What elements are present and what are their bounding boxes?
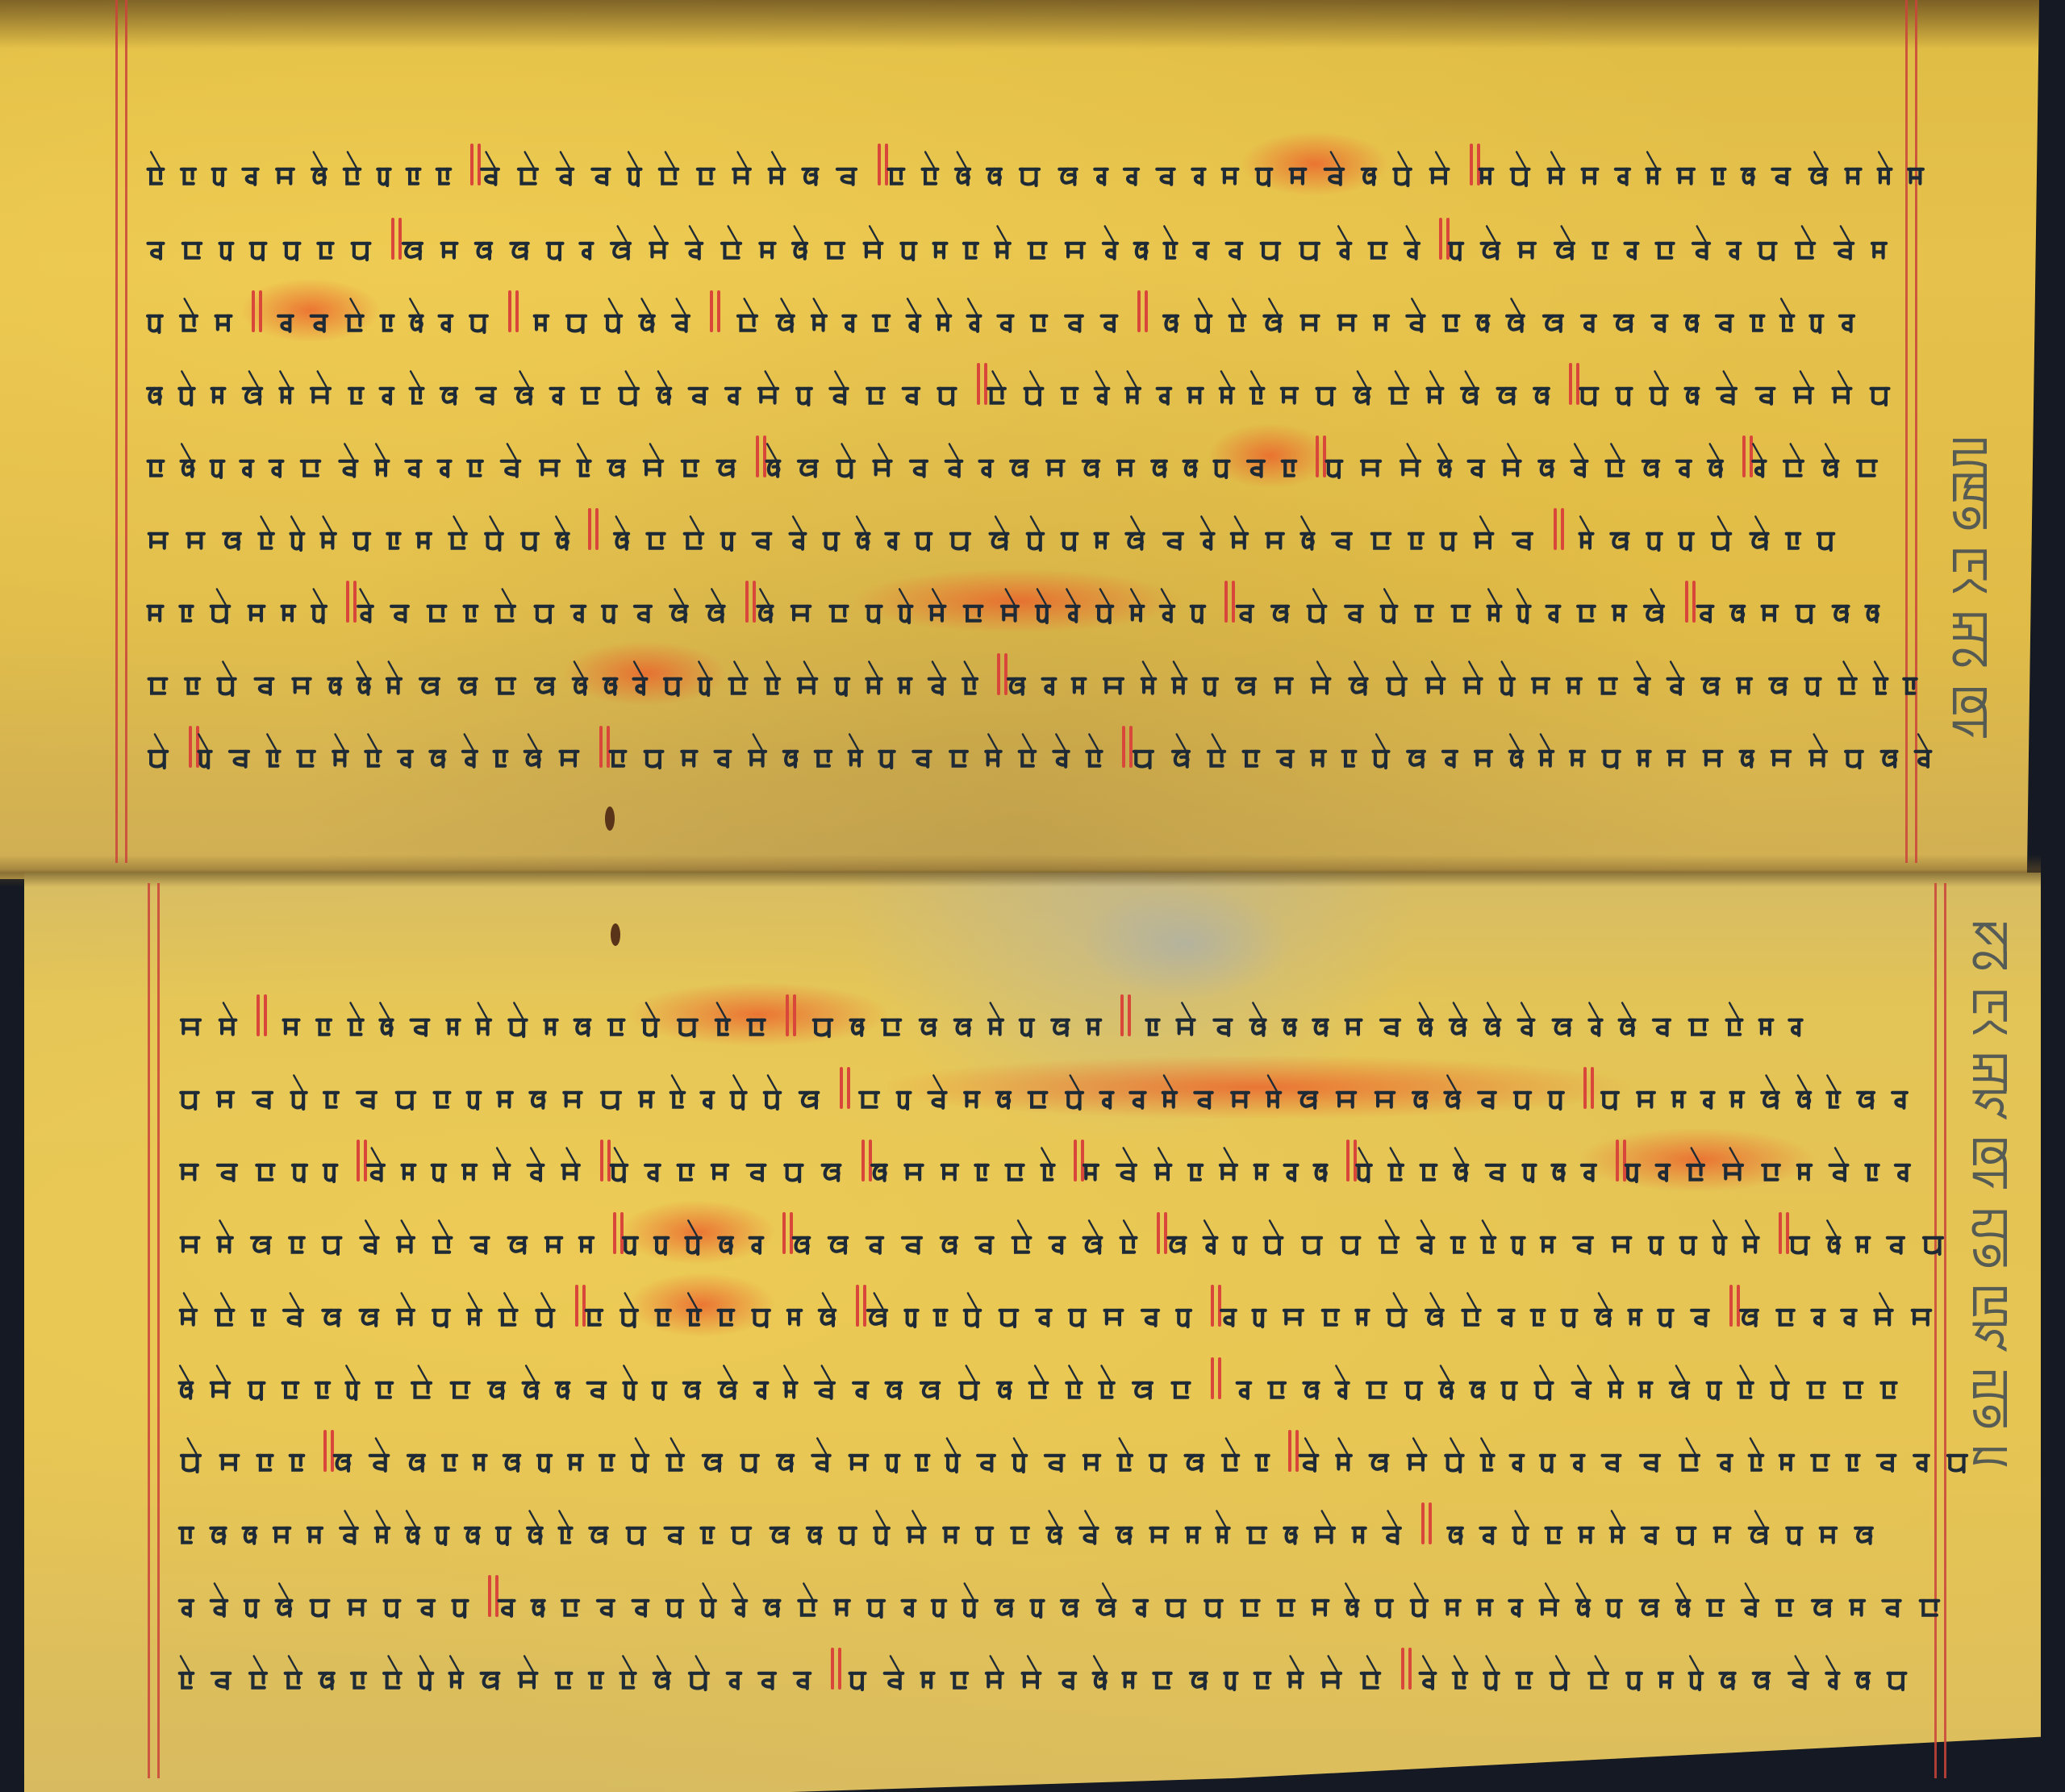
- manuscript-text-line: [173, 988, 1918, 1036]
- script-glyph: [1913, 1582, 1946, 1617]
- script-glyph: [1372, 1219, 1406, 1254]
- script-glyph: [1525, 660, 1556, 695]
- script-glyph: [175, 442, 200, 477]
- script-glyph: [1867, 1291, 1900, 1327]
- script-glyph: [491, 1073, 519, 1109]
- script-glyph: [992, 1291, 1025, 1327]
- script-glyph: [958, 1073, 986, 1109]
- script-glyph: [444, 1364, 477, 1399]
- script-glyph: [381, 660, 407, 695]
- script-glyph: [1369, 1582, 1400, 1617]
- script-glyph: [1165, 1364, 1197, 1399]
- script-glyph: [141, 587, 169, 623]
- manuscript-text-line: [173, 1061, 1918, 1109]
- script-glyph: [583, 1654, 609, 1690]
- script-glyph: [339, 297, 370, 332]
- script-glyph: [1354, 442, 1388, 477]
- script-glyph: [721, 1654, 747, 1690]
- script-glyph: [1494, 660, 1521, 695]
- script-glyph: [1833, 297, 1860, 332]
- script-glyph: [1780, 515, 1806, 550]
- script-glyph: [906, 732, 938, 768]
- script-glyph: [1565, 442, 1594, 477]
- script-glyph: [970, 1146, 994, 1181]
- script-glyph: [345, 1654, 372, 1690]
- script-glyph: [141, 297, 169, 332]
- script-glyph: [1745, 297, 1770, 332]
- script-glyph: [1667, 1073, 1691, 1109]
- script-glyph: [1020, 515, 1050, 550]
- script-glyph: [1747, 442, 1771, 477]
- script-glyph: [1025, 1582, 1049, 1617]
- script-glyph: [1701, 1364, 1727, 1399]
- script-glyph: [1632, 732, 1656, 768]
- script-glyph: [1679, 297, 1704, 332]
- script-glyph: [633, 297, 661, 332]
- double-danda-mark: [1740, 432, 1741, 477]
- script-glyph: [1387, 150, 1418, 185]
- script-glyph: [1095, 1073, 1119, 1109]
- script-glyph: [461, 442, 489, 477]
- script-glyph: [210, 1146, 244, 1181]
- script-glyph: [1733, 1291, 1765, 1327]
- script-glyph: [528, 587, 561, 623]
- script-glyph: [879, 1364, 908, 1399]
- script-glyph: [420, 587, 453, 623]
- script-glyph: [1135, 1291, 1166, 1327]
- script-glyph: [1735, 1582, 1765, 1617]
- script-glyph: [1250, 1436, 1274, 1472]
- script-glyph: [469, 369, 503, 405]
- script-glyph: [1686, 224, 1717, 260]
- script-glyph: [1619, 224, 1644, 260]
- script-glyph: [1783, 1001, 1808, 1036]
- script-glyph: [1128, 224, 1153, 260]
- script-glyph: [1259, 515, 1291, 550]
- script-glyph: [404, 369, 429, 405]
- script-glyph: [375, 297, 399, 332]
- margin-rule-left: [148, 883, 150, 1778]
- script-glyph: [562, 1436, 589, 1472]
- script-glyph: [649, 1291, 677, 1327]
- script-glyph: [647, 1364, 672, 1399]
- script-glyph: [1517, 1146, 1541, 1181]
- script-glyph: [1764, 1364, 1796, 1399]
- script-glyph: [246, 1291, 271, 1327]
- script-glyph: [1308, 1146, 1333, 1181]
- script-glyph: [1124, 587, 1149, 623]
- script-glyph: [446, 1582, 474, 1617]
- script-glyph: [369, 1509, 395, 1544]
- script-glyph: [1575, 297, 1602, 332]
- script-glyph: [860, 369, 891, 405]
- script-glyph: [1295, 1219, 1329, 1254]
- script-glyph: [1603, 1364, 1629, 1399]
- script-glyph: [1066, 660, 1091, 695]
- script-glyph: [770, 297, 801, 332]
- script-glyph: [1340, 1582, 1364, 1617]
- script-glyph: [999, 1146, 1031, 1181]
- script-glyph: [625, 1436, 655, 1472]
- script-glyph: [1629, 660, 1656, 695]
- script-glyph: [957, 224, 984, 260]
- script-glyph: [290, 732, 322, 768]
- script-glyph: [1276, 442, 1302, 477]
- script-glyph: [1803, 732, 1833, 768]
- script-glyph: [382, 515, 406, 550]
- script-glyph: [1007, 1436, 1032, 1472]
- script-glyph: [1621, 1654, 1648, 1690]
- manuscript-text-line: [141, 284, 1889, 332]
- script-glyph: [791, 369, 818, 405]
- script-glyph: [294, 442, 327, 477]
- script-glyph: [1109, 1146, 1144, 1181]
- script-glyph: [695, 1073, 720, 1109]
- script-glyph: [1789, 587, 1821, 623]
- script-glyph: [922, 660, 952, 695]
- script-glyph: [1224, 1073, 1256, 1109]
- script-glyph: [1474, 150, 1499, 185]
- script-glyph: [315, 1219, 348, 1254]
- script-glyph: [1339, 1001, 1368, 1036]
- script-glyph: [1438, 1436, 1471, 1472]
- script-glyph: [1053, 1654, 1083, 1690]
- script-glyph: [1257, 297, 1289, 332]
- script-glyph: [823, 587, 855, 623]
- script-glyph: [352, 587, 379, 623]
- script-glyph: [1223, 297, 1252, 332]
- script-glyph: [313, 1654, 340, 1690]
- double-danda-mark: [1419, 1499, 1435, 1544]
- script-glyph: [759, 660, 786, 695]
- script-glyph: [1490, 369, 1523, 405]
- script-glyph: [1005, 1219, 1038, 1254]
- margin-rule-right: [1934, 883, 1937, 1778]
- script-glyph: [384, 587, 415, 623]
- script-glyph: [1902, 150, 1929, 185]
- script-glyph: [1383, 1146, 1409, 1181]
- script-glyph: [1111, 442, 1141, 477]
- script-glyph: [1536, 297, 1571, 332]
- script-glyph: [1231, 1364, 1257, 1399]
- script-glyph: [1330, 1364, 1354, 1399]
- script-glyph: [763, 1509, 796, 1544]
- script-glyph: [877, 1654, 911, 1690]
- script-glyph: [1646, 297, 1674, 332]
- script-glyph: [574, 224, 599, 260]
- script-glyph: [244, 1219, 278, 1254]
- script-glyph: [1195, 515, 1220, 550]
- script-glyph: [1247, 1291, 1271, 1327]
- script-glyph: [1604, 1509, 1630, 1544]
- script-glyph: [390, 1219, 421, 1254]
- script-glyph: [1265, 587, 1295, 623]
- script-glyph: [1055, 515, 1084, 550]
- script-glyph: [712, 1219, 739, 1254]
- script-glyph: [1504, 150, 1537, 185]
- script-glyph: [1775, 297, 1800, 332]
- script-glyph: [1555, 1291, 1583, 1327]
- script-glyph: [1478, 1001, 1507, 1036]
- script-glyph: [1211, 1509, 1235, 1544]
- script-glyph: [1368, 1073, 1402, 1109]
- script-glyph: [1158, 224, 1183, 260]
- script-glyph: [216, 515, 248, 550]
- script-glyph: [937, 1509, 965, 1544]
- script-glyph: [1330, 1436, 1358, 1472]
- script-glyph: [1804, 1582, 1839, 1617]
- script-glyph: [1641, 150, 1666, 185]
- script-glyph: [1704, 515, 1738, 550]
- script-glyph: [806, 297, 832, 332]
- script-glyph: [1825, 369, 1858, 405]
- script-glyph: [401, 1436, 432, 1472]
- script-glyph: [1240, 1509, 1274, 1544]
- script-glyph: [730, 297, 765, 332]
- script-glyph: [1683, 1654, 1708, 1690]
- script-glyph: [342, 1001, 369, 1036]
- script-glyph: [786, 1219, 816, 1254]
- script-glyph: [244, 224, 273, 260]
- script-glyph: [677, 515, 711, 550]
- script-glyph: [464, 1219, 496, 1254]
- script-glyph: [579, 1291, 609, 1327]
- marginal-note-bottom: ꡛꡞ ꡇꡡ ꡒꡜ ꡔꡠ ꡍꡟ ꡖꡜ ꡌꡟ ꡊ: [1960, 919, 2024, 1469]
- script-glyph: [898, 1146, 930, 1181]
- script-glyph: [1445, 587, 1477, 623]
- script-glyph: [395, 224, 430, 260]
- script-glyph: [1641, 515, 1668, 550]
- script-glyph: [1022, 1364, 1055, 1399]
- script-glyph: [1089, 515, 1114, 550]
- margin-rule-right: [1905, 0, 1908, 863]
- script-glyph: [574, 369, 607, 405]
- script-glyph: [1725, 587, 1750, 623]
- double-danda-mark: [1135, 287, 1151, 332]
- script-glyph: [805, 1436, 837, 1472]
- script-glyph: [553, 1509, 578, 1544]
- script-glyph: [1412, 1001, 1438, 1036]
- script-glyph: [555, 1582, 586, 1617]
- script-glyph: [949, 150, 976, 185]
- script-glyph: [1308, 1509, 1342, 1544]
- script-glyph: [1354, 1654, 1387, 1690]
- script-glyph: [276, 587, 301, 623]
- script-glyph: [792, 1073, 826, 1109]
- script-glyph: [1376, 1509, 1408, 1544]
- script-glyph: [242, 587, 271, 623]
- script-glyph: [910, 1436, 935, 1472]
- script-glyph: [1599, 442, 1631, 477]
- script-glyph: [1776, 442, 1811, 477]
- script-glyph: [1713, 1654, 1742, 1690]
- script-glyph: [1277, 1001, 1302, 1036]
- script-glyph: [374, 369, 399, 405]
- script-glyph: [1110, 1509, 1138, 1544]
- double-danda-mark: [1683, 577, 1684, 623]
- script-glyph: [1400, 732, 1432, 768]
- script-glyph: [369, 1364, 399, 1399]
- script-glyph: [1860, 1146, 1884, 1181]
- script-glyph: [1004, 1509, 1036, 1544]
- script-glyph: [524, 1073, 552, 1109]
- script-glyph: [1362, 1436, 1395, 1472]
- script-glyph: [311, 1001, 337, 1036]
- script-glyph: [806, 1001, 840, 1036]
- script-glyph: [660, 1582, 690, 1617]
- script-glyph: [1230, 587, 1260, 623]
- script-glyph: [1393, 442, 1428, 477]
- margin-rule-left: [125, 0, 127, 863]
- script-glyph: [1300, 587, 1333, 623]
- script-glyph: [1076, 1219, 1109, 1254]
- script-glyph: [403, 1001, 436, 1036]
- script-glyph: [180, 515, 211, 550]
- script-glyph: [302, 1509, 328, 1544]
- script-glyph: [1870, 1436, 1903, 1472]
- script-glyph: [1848, 1509, 1879, 1544]
- double-danda-mark: [1581, 1064, 1589, 1109]
- script-glyph: [1438, 1073, 1466, 1109]
- script-glyph: [401, 150, 426, 185]
- script-glyph: [349, 1073, 384, 1109]
- script-glyph: [660, 1436, 690, 1472]
- script-glyph: [1439, 1582, 1466, 1617]
- script-glyph: [1282, 1654, 1309, 1690]
- script-glyph: [286, 660, 318, 695]
- script-glyph: [1146, 1654, 1179, 1690]
- script-glyph: [873, 732, 901, 768]
- script-glyph: [893, 587, 918, 623]
- script-glyph: [1379, 660, 1414, 695]
- script-glyph: [441, 1001, 465, 1036]
- manuscript-text-line: [141, 647, 1889, 695]
- script-glyph: [1117, 1654, 1141, 1690]
- script-glyph: [1158, 1582, 1193, 1617]
- script-glyph: [1411, 1219, 1441, 1254]
- script-glyph: [1254, 224, 1287, 260]
- script-glyph: [657, 660, 688, 695]
- script-glyph: [1161, 1219, 1193, 1254]
- script-glyph: [1860, 587, 1884, 623]
- script-glyph: [1059, 1073, 1090, 1109]
- script-glyph: [1095, 297, 1124, 332]
- script-glyph: [757, 1073, 787, 1109]
- script-glyph: [1143, 1436, 1173, 1472]
- script-glyph: [1595, 1436, 1628, 1472]
- script-glyph: [782, 1291, 807, 1327]
- script-glyph: [594, 1436, 620, 1472]
- script-glyph: [690, 150, 721, 185]
- script-glyph: [488, 587, 523, 623]
- script-glyph: [657, 1509, 690, 1544]
- script-glyph: [557, 1073, 589, 1109]
- script-glyph: [502, 1001, 534, 1036]
- script-glyph: [1633, 1364, 1658, 1399]
- script-glyph: [901, 297, 926, 332]
- script-glyph: [1021, 224, 1053, 260]
- script-glyph: [1054, 1582, 1085, 1617]
- script-glyph: [1271, 1582, 1301, 1617]
- script-glyph: [982, 515, 1016, 550]
- script-glyph: [1364, 515, 1398, 550]
- script-glyph: [1755, 587, 1784, 623]
- script-glyph: [651, 369, 677, 405]
- script-glyph: [1708, 1509, 1737, 1544]
- script-glyph: [832, 1509, 863, 1544]
- script-glyph: [1399, 1364, 1429, 1399]
- script-glyph: [283, 1219, 311, 1254]
- script-glyph: [540, 224, 569, 260]
- script-glyph: [423, 732, 452, 768]
- script-glyph: [461, 1073, 486, 1109]
- script-glyph: [1875, 732, 1904, 768]
- script-glyph: [532, 1436, 557, 1472]
- script-glyph: [1774, 1436, 1800, 1472]
- script-glyph: [1445, 1219, 1471, 1254]
- script-glyph: [463, 297, 494, 332]
- script-glyph: [1600, 1582, 1628, 1617]
- script-glyph: [1306, 1582, 1335, 1617]
- script-glyph: [1547, 224, 1582, 260]
- script-glyph: [710, 442, 742, 477]
- script-glyph: [828, 1582, 856, 1617]
- script-glyph: [1413, 1654, 1442, 1690]
- script-glyph: [1696, 732, 1729, 768]
- script-glyph: [1291, 1073, 1325, 1109]
- manuscript-text-line: [141, 211, 1889, 260]
- script-glyph: [1541, 150, 1571, 185]
- manuscript-text-line: [141, 502, 1889, 550]
- script-glyph: [880, 1436, 905, 1472]
- script-glyph: [1136, 660, 1162, 695]
- script-glyph: [285, 515, 310, 550]
- script-glyph: [710, 1001, 736, 1036]
- script-glyph: [173, 1509, 199, 1544]
- page-fold-crease: [0, 855, 2041, 887]
- script-glyph: [611, 369, 646, 405]
- script-glyph: [1475, 1219, 1501, 1254]
- script-glyph: [214, 224, 239, 260]
- script-glyph: [1329, 1073, 1363, 1109]
- script-glyph: [1213, 1146, 1244, 1181]
- double-danda-mark: [1208, 1354, 1224, 1399]
- script-glyph: [818, 224, 852, 260]
- script-glyph: [957, 1582, 983, 1617]
- script-glyph: [306, 587, 332, 623]
- script-glyph: [264, 442, 289, 477]
- script-glyph: [333, 1509, 365, 1544]
- script-glyph: [1317, 150, 1351, 185]
- script-glyph: [1908, 1436, 1935, 1472]
- script-glyph: [343, 369, 369, 405]
- script-glyph: [1720, 1001, 1749, 1036]
- script-glyph: [1433, 1364, 1459, 1399]
- script-glyph: [1533, 732, 1559, 768]
- manuscript-text-line: [141, 719, 1889, 768]
- script-glyph: [1062, 1291, 1092, 1327]
- script-glyph: [245, 1073, 280, 1109]
- script-glyph: [1187, 1073, 1220, 1109]
- manuscript-text-line: [173, 1641, 1918, 1690]
- script-glyph: [1061, 587, 1085, 623]
- script-glyph: [1274, 369, 1304, 405]
- script-glyph: [1093, 1364, 1120, 1399]
- script-glyph: [361, 1146, 391, 1181]
- script-glyph: [665, 1073, 690, 1109]
- script-glyph: [276, 1291, 311, 1327]
- script-glyph: [173, 297, 204, 332]
